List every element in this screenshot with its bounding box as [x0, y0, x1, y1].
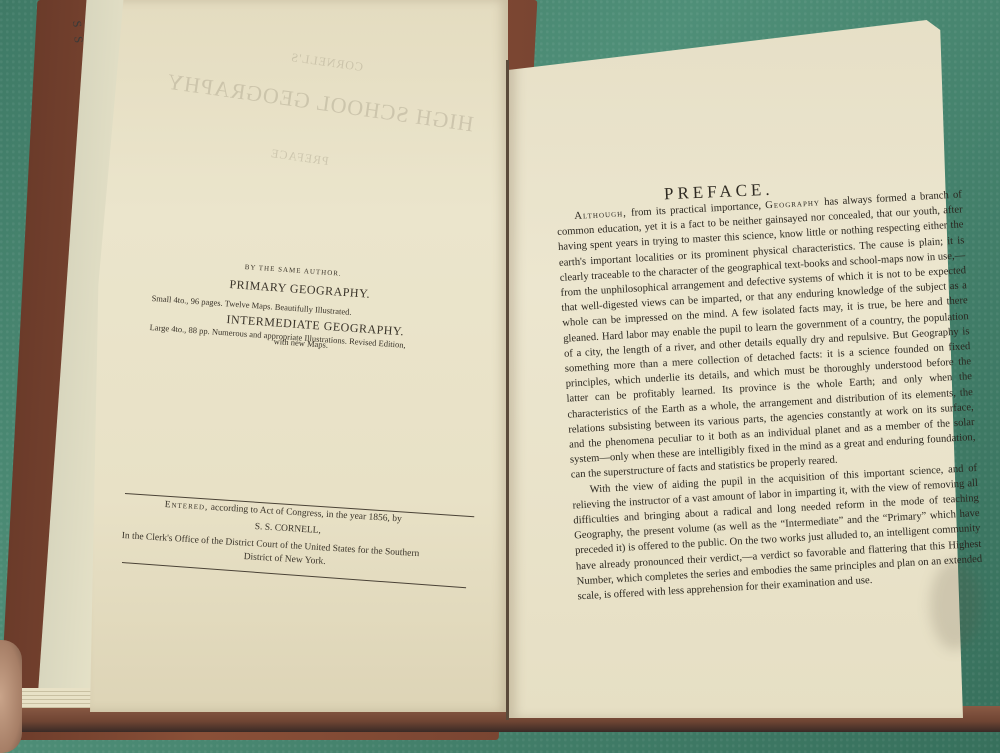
preface-paragraph-1: Although, from its practical importance,…: [556, 187, 977, 483]
preface-geography-smallcaps: Geography: [765, 197, 820, 211]
preface-paragraph-2: With the view of aiding the pupil in the…: [571, 461, 983, 605]
preface-body: Although, from its practical importance,…: [556, 187, 983, 604]
flyleaf-signature: S S: [69, 20, 86, 47]
thumb-holding-book: [0, 640, 22, 753]
preface-lead-word: Although,: [574, 208, 627, 222]
preface-p1-text-b: has always formed a branch of common edu…: [557, 189, 976, 481]
book-gutter: [506, 60, 509, 720]
